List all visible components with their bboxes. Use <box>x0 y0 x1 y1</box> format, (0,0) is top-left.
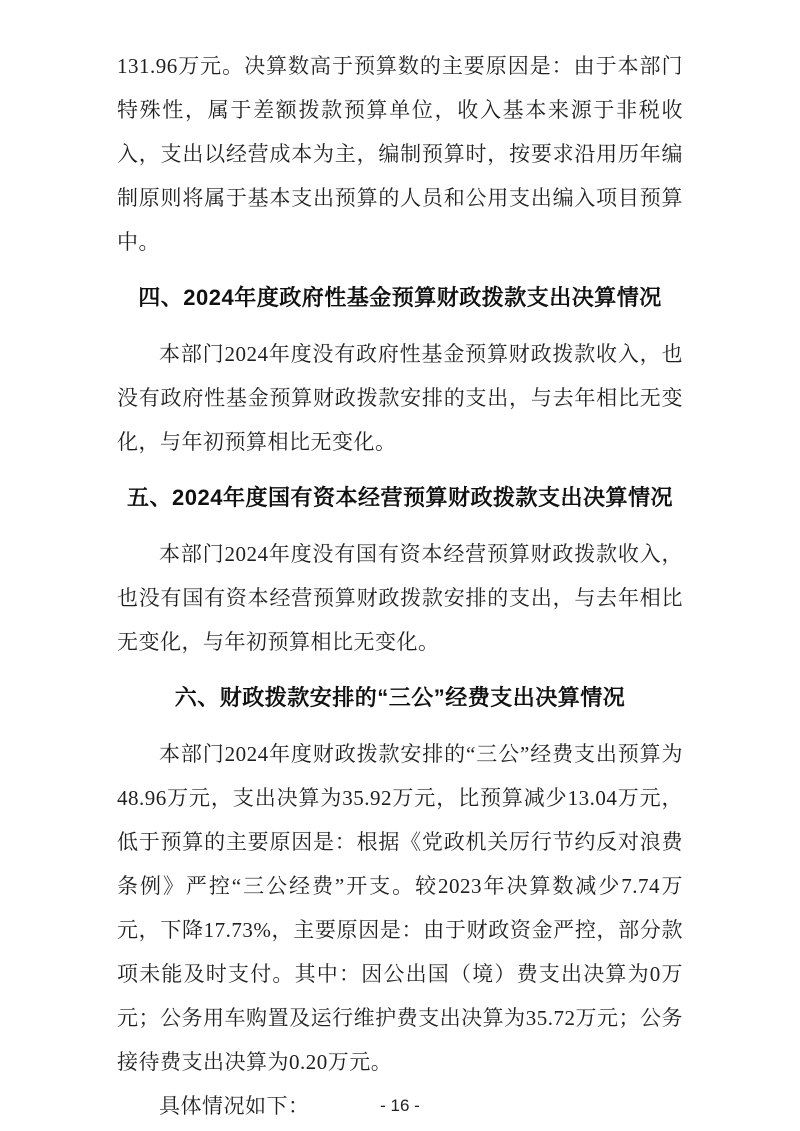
section-6-heading: 六、财政拨款安排的“三公”经费支出决算情况 <box>117 676 683 720</box>
section-5-heading: 五、2024年度国有资本经营预算财政拨款支出决算情况 <box>117 476 683 520</box>
section-4-paragraph: 本部门2024年度没有政府性基金预算财政拨款收入，也没有政府性基金预算财政拨款安… <box>117 332 683 464</box>
section-6-paragraph: 本部门2024年度财政拨款安排的“三公”经费支出预算为48.96万元，支出决算为… <box>117 732 683 1084</box>
page-number: - 16 - <box>0 1096 800 1116</box>
document-page: 131.96万元。决算数高于预算数的主要原因是：由于本部门特殊性，属于差额拨款预… <box>0 0 800 1131</box>
section-5-paragraph: 本部门2024年度没有国有资本经营预算财政拨款收入，也没有国有资本经营预算财政拨… <box>117 532 683 664</box>
section-4-heading: 四、2024年度政府性基金预算财政拨款支出决算情况 <box>117 276 683 320</box>
continued-paragraph: 131.96万元。决算数高于预算数的主要原因是：由于本部门特殊性，属于差额拨款预… <box>117 44 683 264</box>
